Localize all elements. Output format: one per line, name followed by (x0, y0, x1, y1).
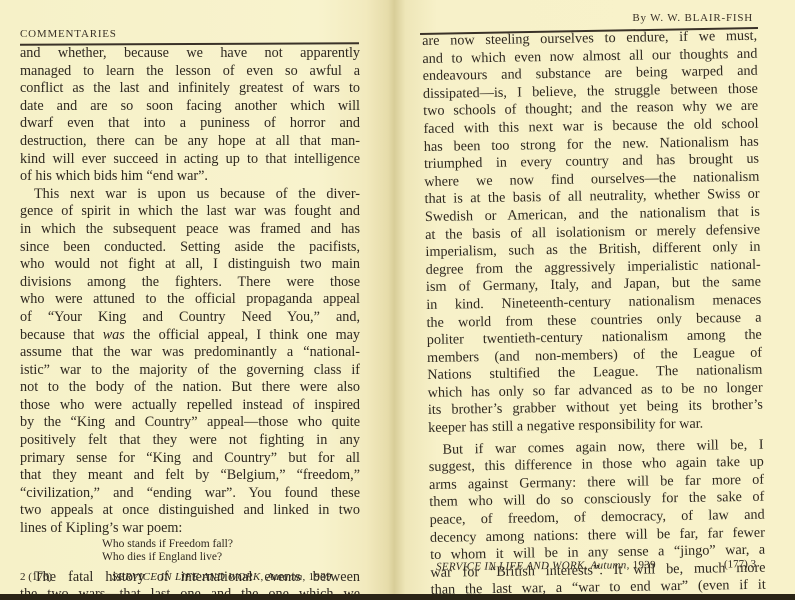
text-line: in which the subsequent peace was framed… (20, 221, 360, 239)
journal-title: SERVICE IN LIFE AND WORK, Autumn, 1939 (112, 571, 332, 583)
text-line: lines of Kipling’s war poem: (20, 520, 360, 538)
text-line: not to the body of the nation. But there… (20, 379, 360, 397)
journal-season: Autumn, (590, 559, 629, 571)
journal-year: 1939 (309, 571, 332, 583)
text-line: because that was the official appeal, I … (20, 327, 360, 345)
text-line: those who were actually repelled instead… (20, 397, 360, 415)
journal-title: SERVICE IN LIFE AND WORK, Autumn, 1939 (436, 559, 656, 573)
paragraph-start: This next war is upon us because of the … (20, 186, 360, 204)
text-line: conflict as the last and infinitely grea… (20, 80, 360, 98)
text-line: of his which bids him “end war”. (20, 168, 360, 186)
text-line: “civilization,” and “ending war”. You fo… (20, 485, 360, 503)
scan-edge (0, 594, 795, 600)
text-line: by the “King and Country” appeal—those w… (20, 414, 360, 432)
left-page: COMMENTARIES and whether, because we hav… (0, 0, 395, 594)
italic-emphasis: was (103, 327, 125, 343)
text-line: managed to learn the lesson of even so a… (20, 63, 360, 81)
text-line: who were attuned to the official propaga… (20, 291, 360, 309)
text-line: dwarf even that into a puniness of horro… (20, 115, 360, 133)
text-line: gence of spirit in which the last war wa… (20, 203, 360, 221)
body-text: and whether, because we have not apparen… (20, 45, 360, 600)
text-line: and whether, because we have not apparen… (20, 45, 360, 63)
journal-year: 1939 (633, 559, 656, 571)
text-line: who would not fight at all, I distinguis… (20, 256, 360, 274)
text-line: primary sense for “King and Country” but… (20, 450, 360, 468)
text-fragment: the official appeal, I think one may (133, 327, 360, 343)
book-spread: COMMENTARIES and whether, because we hav… (0, 0, 795, 594)
journal-name: SERVICE IN LIFE AND WORK, (436, 560, 588, 573)
body-text: are now steeling ourselves to endure, if… (422, 28, 766, 600)
text-fragment: because that (20, 327, 94, 343)
text-line: of “Your King and Country Need You,” and… (20, 309, 360, 327)
text-line: istic” war to the majority of the govern… (20, 362, 360, 380)
text-line: divisions among the fighters. There were… (20, 274, 360, 292)
running-head: COMMENTARIES (20, 28, 117, 40)
right-page: By W. W. BLAIR-FISH are now steeling our… (398, 0, 795, 594)
text-line: two appeals at once distinguished and li… (20, 502, 360, 520)
text-line: that they meant and felt by “Belgium,” “… (20, 467, 360, 485)
journal-name: SERVICE IN LIFE AND WORK, (112, 571, 264, 583)
author-byline: By W. W. BLAIR-FISH (632, 12, 753, 24)
text-line: positively felt that they were not fight… (20, 432, 360, 450)
text-line: since been conducted. Setting aside the … (20, 239, 360, 257)
text-line: date and are so soon facing another whic… (20, 98, 360, 116)
verse-line: Who stands if Freedom fall? (20, 538, 360, 552)
verse-line: Who dies if England live? (20, 551, 360, 565)
text-line: kind will ever succeed in acting up to t… (20, 151, 360, 169)
text-line: assume that the war was predominantly a … (20, 344, 360, 362)
journal-season: Autumn, (266, 571, 305, 583)
page-number: 2 (176) (20, 571, 52, 583)
page-number: (177) 3 (724, 558, 756, 570)
text-line: destruction, there can be any hope at al… (20, 133, 360, 151)
